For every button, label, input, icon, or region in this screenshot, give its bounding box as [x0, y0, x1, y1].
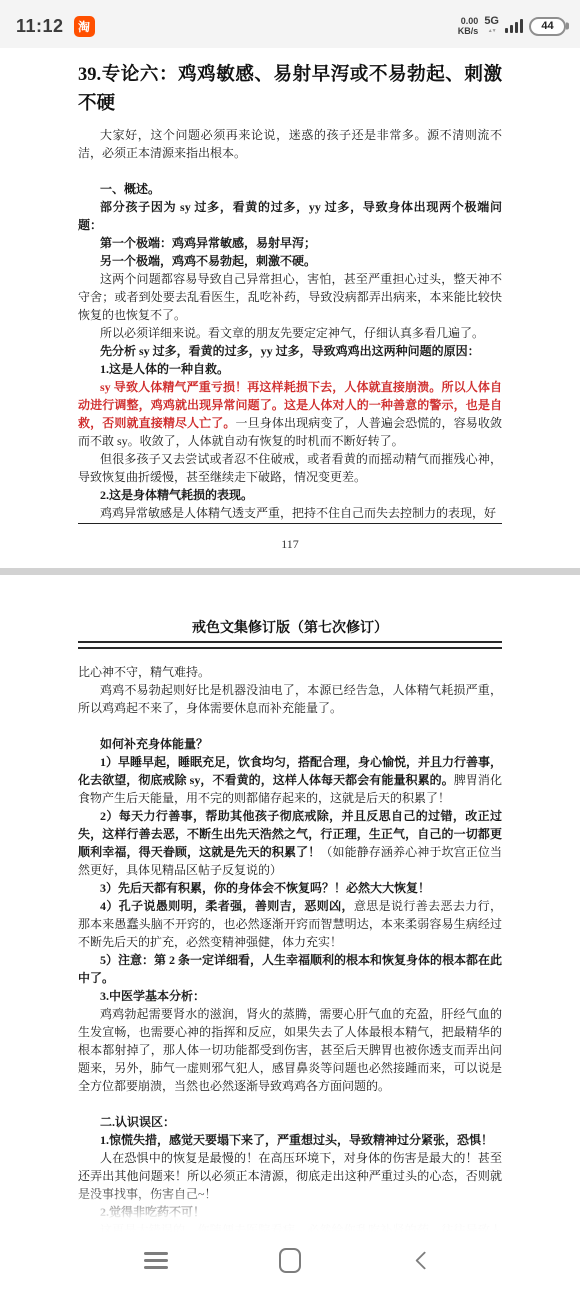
page-number: 117	[78, 537, 502, 552]
status-bar: 11:12 淘 0.00 KB/s 5G ▲▼ 44	[0, 0, 580, 48]
network-speed-value: 0.00	[458, 16, 479, 26]
recents-button[interactable]	[141, 1246, 171, 1276]
bold-text: 4）孔子说愚则明，柔者强，善则吉，恶则凶，	[100, 899, 354, 913]
network-type-label: 5G	[484, 16, 499, 26]
home-button[interactable]	[275, 1246, 305, 1276]
paragraph: 鸡鸡勃起需要肾水的滋润，肾火的蒸腾，需要心肝气血的充盈，肝经气血的生发宣畅，也需…	[78, 1005, 502, 1095]
page-2-body: 比心神不守，精气难持。鸡鸡不易勃起则好比是机器没油电了，本源已经告急，人体精气耗…	[78, 663, 502, 1275]
bold-text: 2.这是身体精气耗损的表现。	[100, 488, 253, 502]
paragraph: 3.中医学基本分析：	[78, 987, 502, 1005]
body-text: 鸡鸡勃起需要肾水的滋润，肾火的蒸腾，需要心肝气血的充盈，肝经气血的生发宣畅，也需…	[78, 1007, 502, 1093]
home-square-icon	[279, 1248, 301, 1273]
paragraph: 鸡鸡不易勃起则好比是机器没油电了，本源已经告急，人体精气耗损严重，所以鸡鸡起不来…	[78, 681, 502, 717]
paragraph: 比心神不守，精气难持。	[78, 663, 502, 681]
document-page-1: 39.专论六：鸡鸡敏感、易射早泻或不易勃起、刺激不硬 大家好，这个问题必须再来论…	[0, 48, 580, 568]
body-text: 大家好，这个问题必须再来论说，迷惑的孩子还是非常多。源不清则流不洁，必须正本清源…	[78, 128, 502, 160]
paragraph: 一、概述。	[78, 180, 502, 198]
chapter-title: 39.专论六：鸡鸡敏感、易射早泻或不易勃起、刺激不硬	[78, 61, 502, 119]
body-text: 鸡鸡异常敏感是人体精气透支严重，把持不住自己而失去控制力的表现，好	[100, 506, 496, 520]
bold-text: 1.惊慌失措，感觉天要塌下来了，严重想过头，导致精神过分紧张，恐惧！	[100, 1133, 493, 1147]
paragraph: 第一个极端：鸡鸡异常敏感，易射早泻；	[78, 234, 502, 252]
bold-text: 3.中医学基本分析：	[100, 989, 205, 1003]
data-arrows-icon: ▲▼	[488, 26, 496, 36]
bold-text: 2.觉得非吃药不可！	[100, 1205, 205, 1219]
network-speed-unit: KB/s	[458, 26, 479, 36]
bold-text: 一、概述。	[100, 182, 160, 196]
document-reader[interactable]: 39.专论六：鸡鸡敏感、易射早泻或不易勃起、刺激不硬 大家好，这个问题必须再来论…	[0, 48, 580, 1275]
status-bar-left: 11:12 淘	[16, 16, 95, 37]
bold-text: 先分析 sy 过多，看黄的过多，yy 过多，导致鸡鸡出这两种问题的原因：	[100, 344, 480, 358]
paragraph: 3）先后天都有积累，你的身体会不恢复吗？！必然大大恢复！	[78, 879, 502, 897]
paragraph: 1.这是人体的一种自救。	[78, 360, 502, 378]
signal-bar	[510, 25, 513, 33]
paragraph: 4）孔子说愚则明，柔者强，善则吉，恶则凶，意思是说行善去恶去力行，那本来愚蠢头脑…	[78, 897, 502, 951]
bold-text: 1.这是人体的一种自救。	[100, 362, 229, 376]
paragraph: 人在恐惧中的恢复是最慢的！在高压环境下，对身体的伤害是最大的！甚至还弄出其他问题…	[78, 1149, 502, 1203]
body-text: 比心神不守，精气难持。	[78, 665, 210, 679]
paragraph: 先分析 sy 过多，看黄的过多，yy 过多，导致鸡鸡出这两种问题的原因：	[78, 342, 502, 360]
paragraph: sy 导致人体精气严重亏损！再这样耗损下去，人体就直接崩溃。所以人体自动进行调整…	[78, 378, 502, 450]
bold-text: 5）注意：第 2 条一定详细看，人生幸福顺利的根本和恢复身体的根本都在此中了。	[78, 953, 502, 985]
blank-line	[78, 162, 502, 180]
back-button[interactable]	[409, 1246, 439, 1276]
menu-icon	[144, 1248, 168, 1274]
battery-percent: 44	[541, 20, 553, 32]
paragraph: 另一个极端，鸡鸡不易勃起，刺激不硬。	[78, 252, 502, 270]
paragraph: 部分孩子因为 sy 过多，看黄的过多，yy 过多，导致身体出现两个极端问题：	[78, 198, 502, 234]
bold-text: 1）早睡早起，睡眠充足，饮食均匀，搭配合理，身心愉悦，并且力行善事，化去欲望，彻…	[78, 755, 502, 787]
bold-text: 部分孩子因为 sy 过多，看黄的过多，yy 过多，导致身体出现两个极端问题：	[78, 200, 502, 232]
bold-text: 另一个极端，鸡鸡不易勃起，刺激不硬。	[100, 254, 316, 268]
running-header: 戒色文集修订版（第七次修订）	[78, 617, 502, 637]
network-speed-indicator: 0.00 KB/s	[458, 16, 479, 36]
paragraph: 2）每天力行善事，帮助其他孩子彻底戒除，并且反思自己的过错，改正过失，这样行善去…	[78, 807, 502, 879]
header-double-rule	[78, 641, 502, 649]
paragraph: 二.认识误区：	[78, 1113, 502, 1131]
signal-bar	[520, 19, 523, 33]
blank-line	[78, 1095, 502, 1113]
taobao-app-icon: 淘	[74, 16, 95, 37]
paragraph: 但很多孩子又去尝试或者忍不住破戒，或者看黄的而摇动精气而摧残心神，导致恢复曲折缓…	[78, 450, 502, 486]
underlined-paragraph: 鸡鸡异常敏感是人体精气透支严重，把持不住自己而失去控制力的表现，好	[78, 504, 502, 524]
clock-time: 11:12	[16, 16, 64, 37]
body-text: 所以必须详细来说。看文章的朋友先要定定神气，仔细认真多看几遍了。	[100, 326, 484, 340]
navigation-bar	[0, 1232, 580, 1289]
body-text: 这两个问题都容易导致自己异常担心，害怕，甚至严重担心过头，整天神不守舍；或者到处…	[78, 272, 502, 322]
bold-text: 3）先后天都有积累，你的身体会不恢复吗？！必然大大恢复！	[100, 881, 430, 895]
page-separator	[0, 568, 580, 575]
signal-bar	[505, 28, 508, 33]
page-1-body: 大家好，这个问题必须再来论说，迷惑的孩子还是非常多。源不清则流不洁，必须正本清源…	[78, 126, 502, 524]
paragraph: 1.惊慌失措，感觉天要塌下来了，严重想过头，导致精神过分紧张，恐惧！	[78, 1131, 502, 1149]
bold-text: 如何补充身体能量？	[100, 737, 208, 751]
paragraph: 5）注意：第 2 条一定详细看，人生幸福顺利的根本和恢复身体的根本都在此中了。	[78, 951, 502, 987]
paragraph: 2.这是身体精气耗损的表现。	[78, 486, 502, 504]
body-text: 但很多孩子又去尝试或者忍不住破戒，或者看黄的而摇动精气而摧残心神，导致恢复曲折缓…	[78, 452, 502, 484]
paragraph: 这两个问题都容易导致自己异常担心，害怕，甚至严重担心过头，整天神不守舍；或者到处…	[78, 270, 502, 324]
paragraph: 所以必须详细来说。看文章的朋友先要定定神气，仔细认真多看几遍了。	[78, 324, 502, 342]
signal-bar	[515, 22, 518, 33]
document-page-2: 戒色文集修订版（第七次修订） 比心神不守，精气难持。鸡鸡不易勃起则好比是机器没油…	[0, 575, 580, 1275]
status-bar-right: 0.00 KB/s 5G ▲▼ 44	[458, 16, 566, 36]
body-text: 人在恐惧中的恢复是最慢的！在高压环境下，对身体的伤害是最大的！甚至还弄出其他问题…	[78, 1151, 502, 1201]
body-text: 鸡鸡不易勃起则好比是机器没油电了，本源已经告急，人体精气耗损严重，所以鸡鸡起不来…	[78, 683, 502, 715]
battery-icon: 44	[529, 17, 566, 36]
paragraph: 2.觉得非吃药不可！	[78, 1203, 502, 1221]
bold-text: 二.认识误区：	[100, 1115, 175, 1129]
network-type-indicator: 5G ▲▼	[484, 16, 499, 36]
signal-strength-icon	[505, 19, 523, 33]
bold-text: 第一个极端：鸡鸡异常敏感，易射早泻；	[100, 236, 316, 250]
paragraph: 1）早睡早起，睡眠充足，饮食均匀，搭配合理，身心愉悦，并且力行善事，化去欲望，彻…	[78, 753, 502, 807]
back-chevron-icon	[415, 1251, 433, 1269]
paragraph: 如何补充身体能量？	[78, 735, 502, 753]
paragraph: 大家好，这个问题必须再来论说，迷惑的孩子还是非常多。源不清则流不洁，必须正本清源…	[78, 126, 502, 162]
blank-line	[78, 717, 502, 735]
